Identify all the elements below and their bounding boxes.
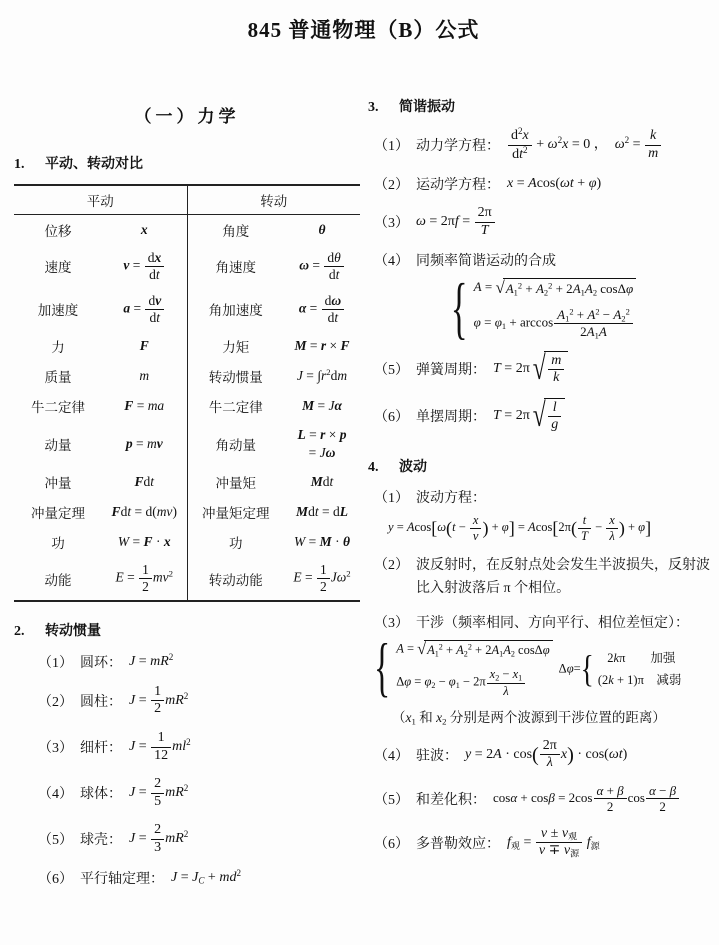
list-item: （2） 运动学方程： x = Acos(ωt + φ) [374,174,713,194]
list-item: （5） 弹簧周期： T = 2π√mk [374,351,713,387]
quantity-label: 冲量定理 [14,497,102,527]
section-heading-1: 1. 平动、转动对比 [14,153,360,173]
item-number: （6） [38,868,73,888]
item-number: （4） [38,783,73,803]
quantity-formula-cell: θ [284,215,360,246]
item-number: （4） [374,745,409,765]
list-item: （3） 干涉（频率相同、方向平行、相位差恒定）： {A = √A12 + A22… [374,612,713,727]
formula: Mdt = dL [296,503,348,521]
item-text: 波反射时，在反射点处会发生半波损失，反射波比入射波落后 π 个相位。 [416,554,713,600]
quantity-label: 牛二定律 [187,391,284,421]
quantity-label: 牛二定律 [14,391,102,421]
quantity-formula-cell: F = ma [102,391,187,421]
section-title: 简谐振动 [399,96,455,116]
item-label: 运动学方程： [416,174,500,194]
item-number: （6） [374,406,409,426]
quantity-formula-cell: ω = dθdt [284,245,360,288]
section-title: 平动、转动对比 [45,153,143,173]
quantity-label: 力 [14,331,102,361]
column-right: 3. 简谐振动 （1） 动力学方程： d2xdt2 + ω2x = 0 ， ω2… [368,50,713,900]
list-item: （2） 波反射时，在反射点处会发生半波损失，反射波比入射波落后 π 个相位。 [374,554,713,600]
item-formula: d2xdt2 + ω2x = 0 ， ω2 = km [507,127,662,163]
item-label: 细杆： [80,737,122,757]
table-row: 位移 x 角度 θ [14,215,360,246]
quantity-formula-cell: m [102,361,187,391]
translation-rotation-table: 平动 转动 位移 x 角度 θ 速度 v = dxdt 角速度 ω = dθdt… [14,184,360,602]
item-number: （3） [374,612,409,632]
quantity-formula-cell: W = M · θ [284,527,360,557]
item-label: 波动方程： [416,487,486,507]
section-heading-3: 3. 简谐振动 [368,96,713,116]
item-label: 平行轴定理： [80,868,164,888]
quantity-label: 冲量 [14,467,102,497]
quantity-formula-cell: x [102,215,187,246]
item-number: （2） [374,554,409,600]
item-formula: y = Acos[ω(t − xv) + φ] = Acos[2π(tT − x… [388,513,651,544]
list-item: （3） 细杆： J = 112ml2 [38,730,360,764]
item-number: （3） [38,737,73,757]
formula: x [141,221,148,239]
formula: L = r × p [297,426,346,444]
item-formula: J = 12mR2 [129,684,188,718]
item-label: 多普勒效应： [416,833,500,853]
item-formula: J = 112ml2 [129,730,191,764]
chapter-title-mechanics: （一）力学 [14,102,360,127]
quantity-formula-cell: E = 12Jω2 [284,557,360,601]
formula: ω = dθdt [299,250,345,283]
formula: Fdt = d(mv) [112,503,177,521]
quantity-label: 加速度 [14,288,102,331]
list-item: （5） 球壳： J = 23mR2 [38,822,360,856]
quantity-label: 位移 [14,215,102,246]
list-item: （1） 圆环： J = mR2 [38,652,360,672]
item-formula: y = 2A · cos(2πλx) · cos(ωt) [465,738,627,772]
list-item: （1） 波动方程： y = Acos[ω(t − xv) + φ] = Acos… [374,487,713,544]
item-number: （5） [38,829,73,849]
item-label: 球壳： [80,829,122,849]
quantity-label: 动量 [14,421,102,467]
quantity-label: 动能 [14,557,102,601]
item-label: 驻波： [416,745,458,765]
formula: M = r × F [294,337,349,355]
table-row: 动量 p = mv 角动量 L = r × p = Jω [14,421,360,467]
quantity-label: 速度 [14,245,102,288]
item-number: （4） [374,250,409,270]
quantity-formula-cell: L = r × p = Jω [284,421,360,467]
formula: W = F · x [118,533,171,551]
formula-sheet-page: 845 普通物理（B）公式 （一）力学 1. 平动、转动对比 平动 转动 位移 … [0,0,719,945]
quantity-label: 质量 [14,361,102,391]
formula: M = Jα [302,397,342,415]
quantity-formula-cell: J = ∫r2dm [284,361,360,391]
item-label: 圆环： [80,652,122,672]
formula: a = dvdt [123,293,165,326]
formula: v = dxdt [123,250,165,283]
quantity-formula-cell: M = Jα [284,391,360,421]
quantity-formula-cell: E = 12mv2 [102,557,187,601]
table-row: 冲量定理 Fdt = d(mv) 冲量矩定理 Mdt = dL [14,497,360,527]
quantity-formula-cell: α = dωdt [284,288,360,331]
item-formula: {A = √A12 + A22 + 2A1A2 cosΔφφ = φ1 + ar… [451,278,636,340]
formula: F = ma [124,397,164,415]
formula: θ [318,221,325,239]
quantity-formula-cell: M = r × F [284,331,360,361]
quantity-label: 角加速度 [187,288,284,331]
item-label: 同频率简谐运动的合成 [416,250,556,270]
quantity-formula-cell: p = mv [102,421,187,467]
item-formula: T = 2π√mk [493,351,568,387]
two-column-layout: （一）力学 1. 平动、转动对比 平动 转动 位移 x 角度 θ 速度 [14,50,713,900]
quantity-formula-cell: v = dxdt [102,245,187,288]
quantity-formula-cell: Mdt = dL [284,497,360,527]
table-row: 力 F 力矩 M = r × F [14,331,360,361]
formula: Mdt [311,473,334,491]
section-number: 1. [14,157,28,173]
list-item: （3） ω = 2πf = 2πT [374,205,713,239]
quantity-formula-cell: a = dvdt [102,288,187,331]
item-number: （1） [374,135,409,155]
item-label: 圆柱： [80,691,122,711]
item-formula: J = 25mR2 [129,776,188,810]
list-item: （6） 单摆周期： T = 2π√lg [374,398,713,434]
item-formula: x = Acos(ωt + φ) [507,175,601,194]
section-number: 2. [14,624,28,640]
table-row: 冲量 Fdt 冲量矩 Mdt [14,467,360,497]
item-number: （3） [374,212,409,232]
list-item: （4） 同频率简谐运动的合成 {A = √A12 + A22 + 2A1A2 c… [374,250,713,340]
section-title: 转动惯量 [45,620,101,640]
section-heading-2: 2. 转动惯量 [14,620,360,640]
list-item: （6） 多普勒效应： f观 = v ± v观v ∓ v源 f源 [374,826,713,860]
page-title: 845 普通物理（B）公式 [14,14,713,44]
item-number: （6） [374,833,409,853]
quantity-formula-cell: Mdt [284,467,360,497]
section-number: 3. [368,100,382,116]
quantity-label: 冲量矩定理 [187,497,284,527]
item-formula: f观 = v ± v观v ∓ v源 f源 [507,826,600,860]
quantity-label: 转动动能 [187,557,284,601]
formula: Fdt [134,473,154,491]
item-number: （1） [374,487,409,507]
item-label: 动力学方程： [416,135,500,155]
item-number: （2） [38,691,73,711]
quantity-label: 角动量 [187,421,284,467]
column-left: （一）力学 1. 平动、转动对比 平动 转动 位移 x 角度 θ 速度 [14,50,360,900]
quantity-label: 角度 [187,215,284,246]
item-number: （1） [38,652,73,672]
item-formula: J = 23mR2 [129,822,188,856]
interference-formula-right: Δφ={ 2kπ 加强(2k + 1)π 减弱 [559,650,682,689]
quantity-formula-cell: W = F · x [102,527,187,557]
quantity-label: 角速度 [187,245,284,288]
table-row: 功 W = F · x 功 W = M · θ [14,527,360,557]
list-item: （2） 圆柱： J = 12mR2 [38,684,360,718]
item-formula: T = 2π√lg [493,398,565,434]
table-header-translation: 平动 [14,185,187,215]
list-item: （1） 动力学方程： d2xdt2 + ω2x = 0 ， ω2 = km [374,127,713,163]
formula: E = 12Jω2 [293,562,350,595]
list-item: （4） 球体： J = 25mR2 [38,776,360,810]
item-number: （2） [374,174,409,194]
table-row: 加速度 a = dvdt 角加速度 α = dωdt [14,288,360,331]
item-formula: J = JC + md2 [171,869,241,888]
formula: F [140,337,149,355]
formula: α = dωdt [299,293,345,326]
wave-source-note: （x1 和 x2 分别是两个波源到干涉位置的距离） [392,709,666,727]
item-label: 和差化积： [416,789,486,809]
quantity-formula-cell: Fdt = d(mv) [102,497,187,527]
item-label: 干涉（频率相同、方向平行、相位差恒定）： [416,612,689,632]
item-label: 球体： [80,783,122,803]
quantity-formula-cell: F [102,331,187,361]
formula: J = ∫r2dm [297,367,347,385]
quantity-label: 功 [14,527,102,557]
item-formula: J = mR2 [129,653,173,672]
item-label: 弹簧周期： [416,359,486,379]
quantity-label: 转动惯量 [187,361,284,391]
list-item: （5） 和差化积： cosα + cosβ = 2cosα + β2cosα −… [374,783,713,815]
formula: W = M · θ [294,533,350,551]
formula: p = mv [126,435,163,453]
section-number: 4. [368,460,382,476]
table-row: 速度 v = dxdt 角速度 ω = dθdt [14,245,360,288]
table-header-row: 平动 转动 [14,185,360,215]
table-row: 牛二定律 F = ma 牛二定律 M = Jα [14,391,360,421]
quantity-label: 冲量矩 [187,467,284,497]
table-row: 动能 E = 12mv2 转动动能 E = 12Jω2 [14,557,360,601]
item-formula: cosα + cosβ = 2cosα + β2cosα − β2 [493,783,680,815]
list-item: （6） 平行轴定理： J = JC + md2 [38,868,360,888]
interference-formula-left: {A = √A12 + A22 + 2A1A2 cosΔφΔφ = φ2 − φ… [374,640,553,699]
formula: = Jω [309,444,336,462]
section-title: 波动 [399,456,427,476]
item-label: 单摆周期： [416,406,486,426]
formula: E = 12mv2 [115,562,173,595]
quantity-label: 功 [187,527,284,557]
quantity-formula-cell: Fdt [102,467,187,497]
item-number: （5） [374,359,409,379]
list-item: （4） 驻波： y = 2A · cos(2πλx) · cos(ωt) [374,738,713,772]
section-heading-4: 4. 波动 [368,456,713,476]
item-number: （5） [374,789,409,809]
formula: m [139,367,149,385]
item-formula: ω = 2πf = 2πT [416,205,496,239]
quantity-label: 力矩 [187,331,284,361]
table-row: 质量 m 转动惯量 J = ∫r2dm [14,361,360,391]
table-header-rotation: 转动 [187,185,360,215]
